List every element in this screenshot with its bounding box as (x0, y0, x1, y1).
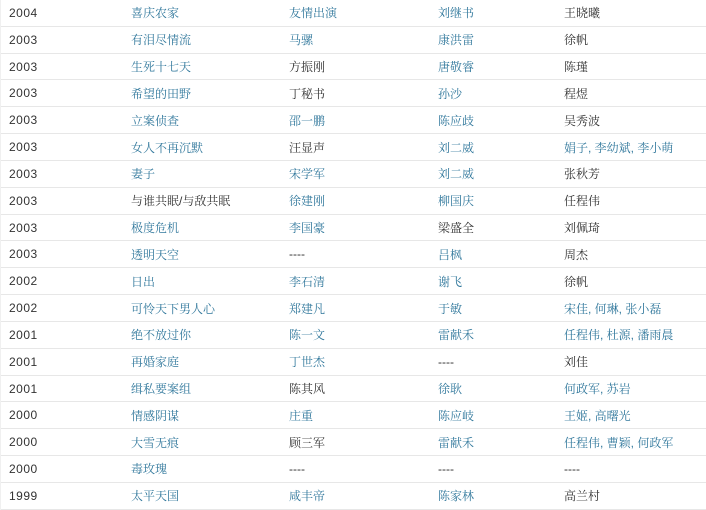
table-row: 2003 生死十七天 方振刚 唐敬睿 陈瑾 (1, 54, 706, 81)
director-link[interactable]: 唐敬睿 (430, 58, 556, 75)
role-cell: 丁秘书 (281, 85, 430, 102)
director-cell: ---- (430, 355, 556, 369)
co-actors-cell: 刘佳 (556, 353, 706, 370)
year-cell: 2003 (1, 140, 123, 154)
role-cell: ---- (281, 462, 430, 476)
role-link[interactable]: 友情出演 (281, 4, 430, 21)
role-link[interactable]: 李石清 (281, 273, 430, 290)
title-link[interactable]: 有泪尽情流 (123, 31, 281, 48)
title-link[interactable]: 毒玫瑰 (123, 460, 281, 477)
title-link[interactable]: 情感阴谋 (123, 407, 281, 424)
director-link[interactable]: 徐耿 (430, 380, 556, 397)
co-actors-link[interactable]: 娟子, 李幼斌, 李小萌 (556, 139, 706, 156)
table-row: 2003 有泪尽情流 马骡 康洪雷 徐帆 (1, 27, 706, 54)
table-row: 2000 毒玫瑰 ---- ---- ---- (1, 456, 706, 483)
year-cell: 2003 (1, 86, 123, 100)
director-link[interactable]: 陈家林 (430, 487, 556, 504)
year-cell: 1999 (1, 489, 123, 503)
co-actors-cell: 陈瑾 (556, 58, 706, 75)
title-link[interactable]: 再婚家庭 (123, 353, 281, 370)
role-link[interactable]: 陈一文 (281, 326, 430, 343)
role-link[interactable]: 徐建刚 (281, 192, 430, 209)
role-link[interactable]: 庄重 (281, 407, 430, 424)
table-row: 2003 极度危机 李国豪 梁盛全 刘佩琦 (1, 215, 706, 242)
co-actors-cell: 周杰 (556, 246, 706, 263)
filmography-table: 2004 喜庆农家 友情出演 刘继书 王晓曦 2003 有泪尽情流 马骡 康洪雷… (0, 0, 706, 510)
year-cell: 2003 (1, 194, 123, 208)
co-actors-link[interactable]: 王姬, 高曙光 (556, 407, 706, 424)
role-cell: 顾三军 (281, 434, 430, 451)
co-actors-link[interactable]: 宋佳, 何琳, 张小磊 (556, 300, 706, 317)
role-link[interactable]: 邵一鹏 (281, 112, 430, 129)
director-link[interactable]: 雷献禾 (430, 434, 556, 451)
co-actors-cell: 高兰村 (556, 487, 706, 504)
director-link[interactable]: 刘继书 (430, 4, 556, 21)
table-row: 2003 希望的田野 丁秘书 孙沙 程煜 (1, 80, 706, 107)
co-actors-cell: 徐帆 (556, 31, 706, 48)
table-row: 2004 喜庆农家 友情出演 刘继书 王晓曦 (1, 0, 706, 27)
table-row: 2002 日出 李石清 谢飞 徐帆 (1, 268, 706, 295)
title-link[interactable]: 妻子 (123, 165, 281, 182)
role-link[interactable]: 宋学军 (281, 165, 430, 182)
director-cell: 梁盛全 (430, 219, 556, 236)
table-row: 2000 情感阴谋 庄重 陈应岐 王姬, 高曙光 (1, 402, 706, 429)
year-cell: 2001 (1, 355, 123, 369)
director-link[interactable]: 刘二威 (430, 139, 556, 156)
director-link[interactable]: 孙沙 (430, 85, 556, 102)
table-row: 2001 再婚家庭 丁世杰 ---- 刘佳 (1, 349, 706, 376)
year-cell: 2000 (1, 408, 123, 422)
title-link[interactable]: 日出 (123, 273, 281, 290)
co-actors-link[interactable]: 任程伟, 杜源, 潘雨晨 (556, 326, 706, 343)
table-row: 2003 立案侦查 邵一鹏 陈应歧 吴秀波 (1, 107, 706, 134)
co-actors-cell: 王晓曦 (556, 4, 706, 21)
year-cell: 2003 (1, 247, 123, 261)
title-link[interactable]: 可怜天下男人心 (123, 300, 281, 317)
table-row: 2003 透明天空 ---- 吕枫 周杰 (1, 241, 706, 268)
year-cell: 2003 (1, 113, 123, 127)
co-actors-cell: 吴秀波 (556, 112, 706, 129)
year-cell: 2000 (1, 462, 123, 476)
year-cell: 2002 (1, 274, 123, 288)
title-link[interactable]: 喜庆农家 (123, 4, 281, 21)
role-cell: 陈其风 (281, 380, 430, 397)
table-row: 2000 大雪无痕 顾三军 雷献禾 任程伟, 曹颖, 何政军 (1, 429, 706, 456)
title-link[interactable]: 透明天空 (123, 246, 281, 263)
year-cell: 2003 (1, 33, 123, 47)
director-link[interactable]: 陈应岐 (430, 407, 556, 424)
director-link[interactable]: 陈应歧 (430, 112, 556, 129)
co-actors-cell: 刘佩琦 (556, 219, 706, 236)
co-actors-link[interactable]: 何政军, 苏岩 (556, 380, 706, 397)
year-cell: 2003 (1, 60, 123, 74)
director-link[interactable]: 雷献禾 (430, 326, 556, 343)
role-link[interactable]: 马骡 (281, 31, 430, 48)
year-cell: 2002 (1, 301, 123, 315)
role-link[interactable]: 咸丰帝 (281, 487, 430, 504)
co-actors-cell: 张秋芳 (556, 165, 706, 182)
table-row: 2002 可怜天下男人心 郑建凡 于敏 宋佳, 何琳, 张小磊 (1, 295, 706, 322)
role-link[interactable]: 李国豪 (281, 219, 430, 236)
year-cell: 2000 (1, 435, 123, 449)
title-link[interactable]: 缉私要案组 (123, 380, 281, 397)
role-link[interactable]: 郑建凡 (281, 300, 430, 317)
year-cell: 2003 (1, 221, 123, 235)
co-actors-cell: 徐帆 (556, 273, 706, 290)
director-link[interactable]: 柳国庆 (430, 192, 556, 209)
title-link[interactable]: 极度危机 (123, 219, 281, 236)
role-cell: ---- (281, 247, 430, 261)
role-cell: 汪显声 (281, 139, 430, 156)
year-cell: 2001 (1, 382, 123, 396)
co-actors-cell: 任程伟 (556, 192, 706, 209)
director-link[interactable]: 吕枫 (430, 246, 556, 263)
table-row: 2001 缉私要案组 陈其风 徐耿 何政军, 苏岩 (1, 376, 706, 403)
director-link[interactable]: 于敏 (430, 300, 556, 317)
table-row: 2003 女人不再沉默 汪显声 刘二威 娟子, 李幼斌, 李小萌 (1, 134, 706, 161)
role-cell: 方振刚 (281, 58, 430, 75)
title-link[interactable]: 绝不放过你 (123, 326, 281, 343)
title-link[interactable]: 大雪无痕 (123, 434, 281, 451)
title-link[interactable]: 女人不再沉默 (123, 139, 281, 156)
title-link[interactable]: 生死十七天 (123, 58, 281, 75)
director-link[interactable]: 康洪雷 (430, 31, 556, 48)
director-cell: ---- (430, 462, 556, 476)
co-actors-cell: ---- (556, 462, 706, 476)
year-cell: 2004 (1, 6, 123, 20)
title-cell: 与谁共眠/与敌共眠 (123, 192, 281, 209)
co-actors-cell: 程煜 (556, 85, 706, 102)
co-actors-link[interactable]: 任程伟, 曹颖, 何政军 (556, 434, 706, 451)
table-row: 2003 与谁共眠/与敌共眠 徐建刚 柳国庆 任程伟 (1, 188, 706, 215)
role-link[interactable]: 丁世杰 (281, 353, 430, 370)
director-link[interactable]: 刘二威 (430, 165, 556, 182)
director-link[interactable]: 谢飞 (430, 273, 556, 290)
title-link[interactable]: 太平天国 (123, 487, 281, 504)
year-cell: 2001 (1, 328, 123, 342)
table-row: 2003 妻子 宋学军 刘二威 张秋芳 (1, 161, 706, 188)
title-link[interactable]: 立案侦查 (123, 112, 281, 129)
table-row: 2001 绝不放过你 陈一文 雷献禾 任程伟, 杜源, 潘雨晨 (1, 322, 706, 349)
year-cell: 2003 (1, 167, 123, 181)
title-link[interactable]: 希望的田野 (123, 85, 281, 102)
table-row: 1999 太平天国 咸丰帝 陈家林 高兰村 (1, 483, 706, 510)
